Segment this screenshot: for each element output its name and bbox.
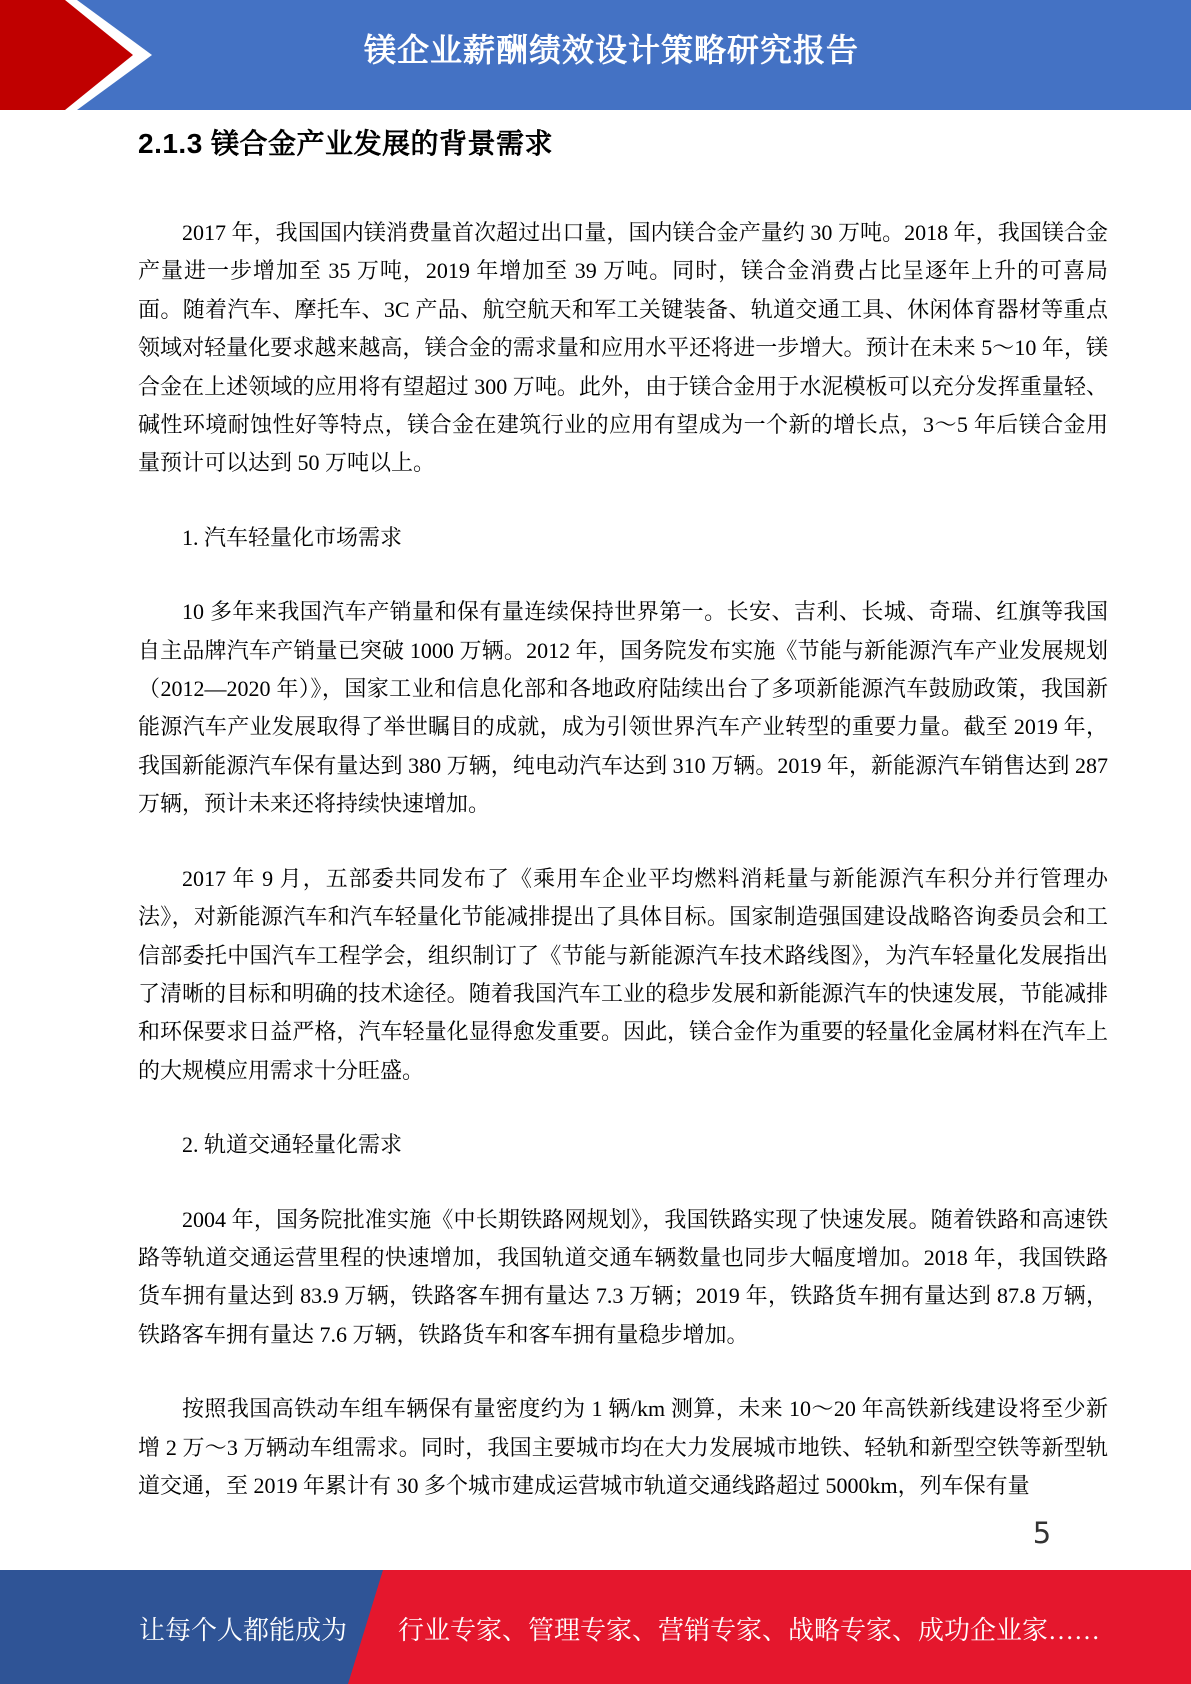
- subheading-rail-lightweight: 2. 轨道交通轻量化需求: [138, 1126, 1108, 1164]
- page-number: 5: [1020, 1516, 1064, 1550]
- document-body: 2017 年，我国国内镁消费量首次超过出口量，国内镁合金产量约 30 万吨。20…: [138, 214, 1108, 1541]
- paragraph-policy: 2017 年 9 月，五部委共同发布了《乘用车企业平均燃料消耗量与新能源汽车积分…: [138, 860, 1108, 1090]
- paragraph-rail: 2004 年，国务院批准实施《中长期铁路网规划》，我国铁路实现了快速发展。随着铁…: [138, 1201, 1108, 1355]
- paragraph-highspeed-rail: 按照我国高铁动车组车辆保有量密度约为 1 辆/km 测算，未来 10～20 年高…: [138, 1390, 1108, 1505]
- subheading-auto-lightweight: 1. 汽车轻量化市场需求: [138, 519, 1108, 557]
- page-header: 镁企业薪酬绩效设计策略研究报告: [0, 0, 1191, 110]
- footer-slogan-experts: 行业专家、管理专家、营销专家、战略专家、成功企业家……: [398, 1616, 1100, 1646]
- section-heading: 2.1.3 镁合金产业发展的背景需求: [138, 126, 553, 162]
- page-footer: 让每个人都能成为 行业专家、管理专家、营销专家、战略专家、成功企业家……: [0, 1570, 1191, 1684]
- report-title: 镁企业薪酬绩效设计策略研究报告: [0, 28, 1191, 72]
- footer-slogan-prefix: 让每个人都能成为: [0, 1616, 347, 1646]
- paragraph-intro: 2017 年，我国国内镁消费量首次超过出口量，国内镁合金产量约 30 万吨。20…: [138, 214, 1108, 483]
- report-page: 镁企业薪酬绩效设计策略研究报告 2.1.3 镁合金产业发展的背景需求 2017 …: [0, 0, 1191, 1684]
- paragraph-auto-market: 10 多年来我国汽车产销量和保有量连续保持世界第一。长安、吉利、长城、奇瑞、红旗…: [138, 593, 1108, 823]
